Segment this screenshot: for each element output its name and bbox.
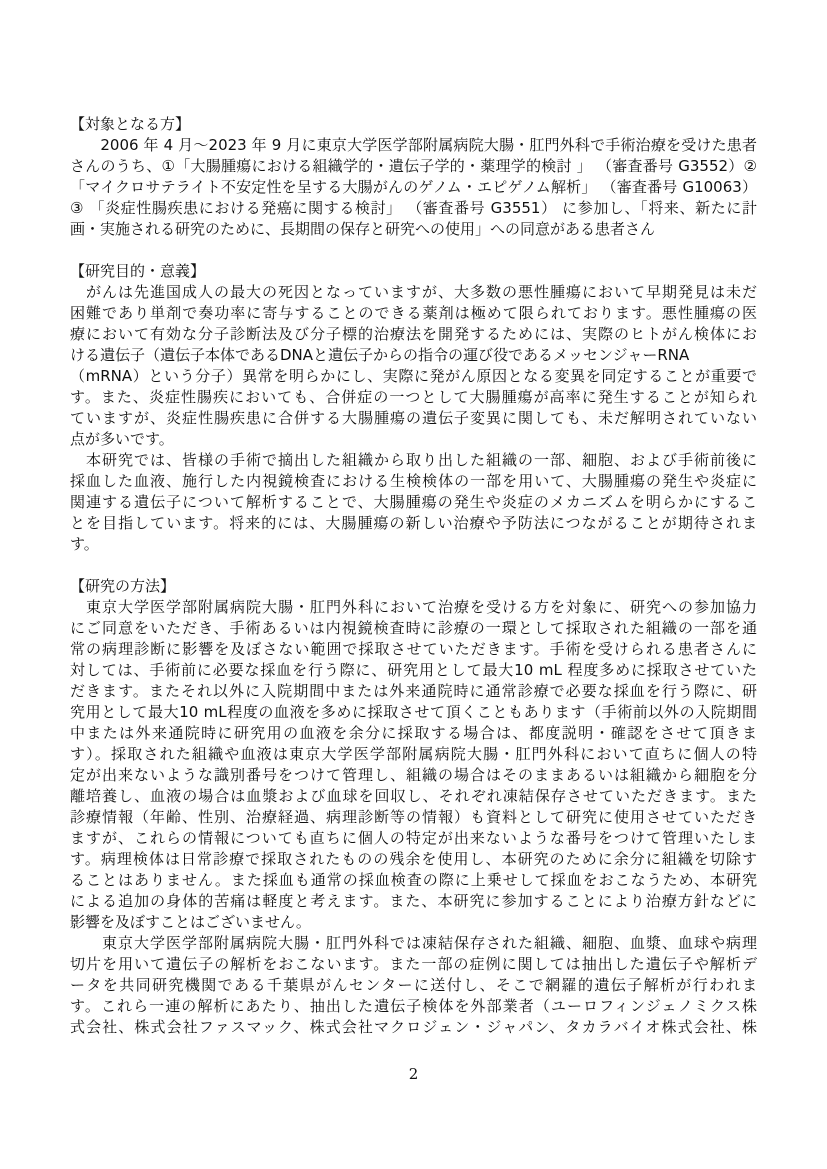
text-line: 東京大学医学部附属病院大腸・肛門外科では凍結保存された組織、細胞、血漿、血球や病… (70, 933, 757, 954)
section-research-purpose: 【研究目的・意義】 がんは先進国成人の最大の死因となっていますが、大多数の悪性腫… (70, 261, 757, 555)
text-line: 究用として最大10 mL程度の血液を多めに採取させて頂くこともあります（手術前以… (70, 702, 757, 723)
section-heading: 【研究目的・意義】 (70, 261, 757, 282)
text-line: 2006 年 4 月～2023 年 9 月に東京大学医学部附属病院大腸・肛門外科… (70, 135, 757, 156)
text-line: 東京大学医学部附属病院大腸・肛門外科において治療を受ける方を対象に、研究への参加… (70, 597, 757, 618)
text-line: 影響を及ぼすことはございません。 (70, 912, 757, 933)
text-line: ていますが、炎症性腸疾患に合併する大腸腫瘍の遺伝子変異に関しても、未だ解明されて… (70, 408, 757, 429)
document-page: 【対象となる方】 2006 年 4 月～2023 年 9 月に東京大学医学部附属… (0, 0, 827, 1169)
text-line: ける遺伝子（遺伝子本体であるDNAと遺伝子からの指令の運び役であるメッセンジャー… (70, 345, 757, 366)
text-line: さんのうち、①「大腸腫瘍における組織学的・遺伝子学的・薬理学的検討 」 （審査番… (70, 156, 757, 177)
text-line: にご同意をいただき、手術あるいは内視鏡検査時に診療の一環として採取された組織の一… (70, 618, 757, 639)
text-line: ることはありません。また採血も通常の採血検査の際に上乗せして採血をおこなうため、… (70, 870, 757, 891)
text-line: 療において有効な分子診断法及び分子標的治療法を開発するためには、実際のヒトがん検… (70, 324, 757, 345)
text-line: 診療情報（年齢、性別、治療経過、病理診断等の情報）も資料として研究に使用させてい… (70, 807, 757, 828)
text-line: ータを共同研究機関である千葉県がんセンターに送付し、そこで網羅的遺伝子解析が行わ… (70, 975, 757, 996)
text-line: 本研究では、皆様の手術で摘出した組織から取り出した組織の一部、細胞、および手術前… (70, 450, 757, 471)
text-line: ますが、これらの情報についても直ちに個人の特定が出来ないような番号をつけて管理い… (70, 828, 757, 849)
text-line: による追加の身体的苦痛は軽度と考えます。また、本研究に参加することにより治療方針… (70, 891, 757, 912)
text-line: がんは先進国成人の最大の死因となっていますが、大多数の悪性腫瘍において早期発見は… (70, 282, 757, 303)
text-line: す）。採取された組織や血液は東京大学医学部附属病院大腸・肛門外科において直ちに個… (70, 744, 757, 765)
section-heading: 【対象となる方】 (70, 114, 757, 135)
text-line: す。 (70, 534, 757, 555)
text-line: 切片を用いて遺伝子の解析をおこないます。また一部の症例に関しては抽出した遺伝子や… (70, 954, 757, 975)
text-line: （mRNA）という分子）異常を明らかにし、実際に発がん原因となる変異を同定するこ… (70, 366, 757, 387)
text-line: す。病理検体は日常診療で採取されたものの残余を使用し、本研究のために余分に組織を… (70, 849, 757, 870)
section-heading: 【研究の方法】 (70, 576, 757, 597)
text-line: だきます。またそれ以外に入院期間中または外来通院時に通常診療で必要な採血を行う際… (70, 681, 757, 702)
text-line: 「マイクロサテライト不安定性を呈する大腸がんのゲノム・エピゲノム解析」 （審査番… (70, 177, 757, 198)
text-line: とを目指しています。将来的には、大腸腫瘍の新しい治療や予防法につながることが期待… (70, 513, 757, 534)
text-line: 対しては、手術前に必要な採血を行う際に、研究用として最大10 mL 程度多めに採… (70, 660, 757, 681)
text-line: 常の病理診断に影響を及ぼさない範囲で採取させていただきます。手術を受けられる患者… (70, 639, 757, 660)
text-line: 関連する遺伝子について解析することで、大腸腫瘍の発生や炎症のメカニズムを明らかに… (70, 492, 757, 513)
text-line: 定が出来ないような識別番号をつけて管理し、組織の場合はそのままあるいは組織から細… (70, 765, 757, 786)
text-line: 点が多いです。 (70, 429, 757, 450)
text-line: 離培養し、血液の場合は血漿および血球を回収し、それぞれ凍結保存させていただきます… (70, 786, 757, 807)
text-line: 式会社、株式会社ファスマック、株式会社マクロジェン・ジャパン、タカラバイオ株式会… (70, 1017, 757, 1038)
page-content: 【対象となる方】 2006 年 4 月～2023 年 9 月に東京大学医学部附属… (70, 114, 757, 1085)
page-number: 2 (70, 1064, 757, 1085)
text-line: 中または外来通院時に研究用の血液を余分に採取する場合は、都度説明・確認をさせて頂… (70, 723, 757, 744)
text-line: す。また、炎症性腸疾においても、合併症の一つとして大腸腫瘍が高率に発生することが… (70, 387, 757, 408)
text-line: す。これら一連の解析にあたり、抽出した遺伝子検体を外部業者（ユーロフィンジェノミ… (70, 996, 757, 1017)
text-line: 画・実施される研究のために、長期間の保存と研究への使用」への同意がある患者さん (70, 219, 757, 240)
text-line: 採血した血液、施行した内視鏡検査における生検検体の一部を用いて、大腸腫瘍の発生や… (70, 471, 757, 492)
section-eligible-patients: 【対象となる方】 2006 年 4 月～2023 年 9 月に東京大学医学部附属… (70, 114, 757, 240)
text-line: 困難であり単剤で奏功率に寄与することのできる薬剤は極めて限られております。悪性腫… (70, 303, 757, 324)
text-line: ③ 「炎症性腸疾患における発癌に関する検討」 （審査番号 G3551） に参加し… (70, 198, 757, 219)
section-research-methods: 【研究の方法】 東京大学医学部附属病院大腸・肛門外科において治療を受ける方を対象… (70, 576, 757, 1038)
